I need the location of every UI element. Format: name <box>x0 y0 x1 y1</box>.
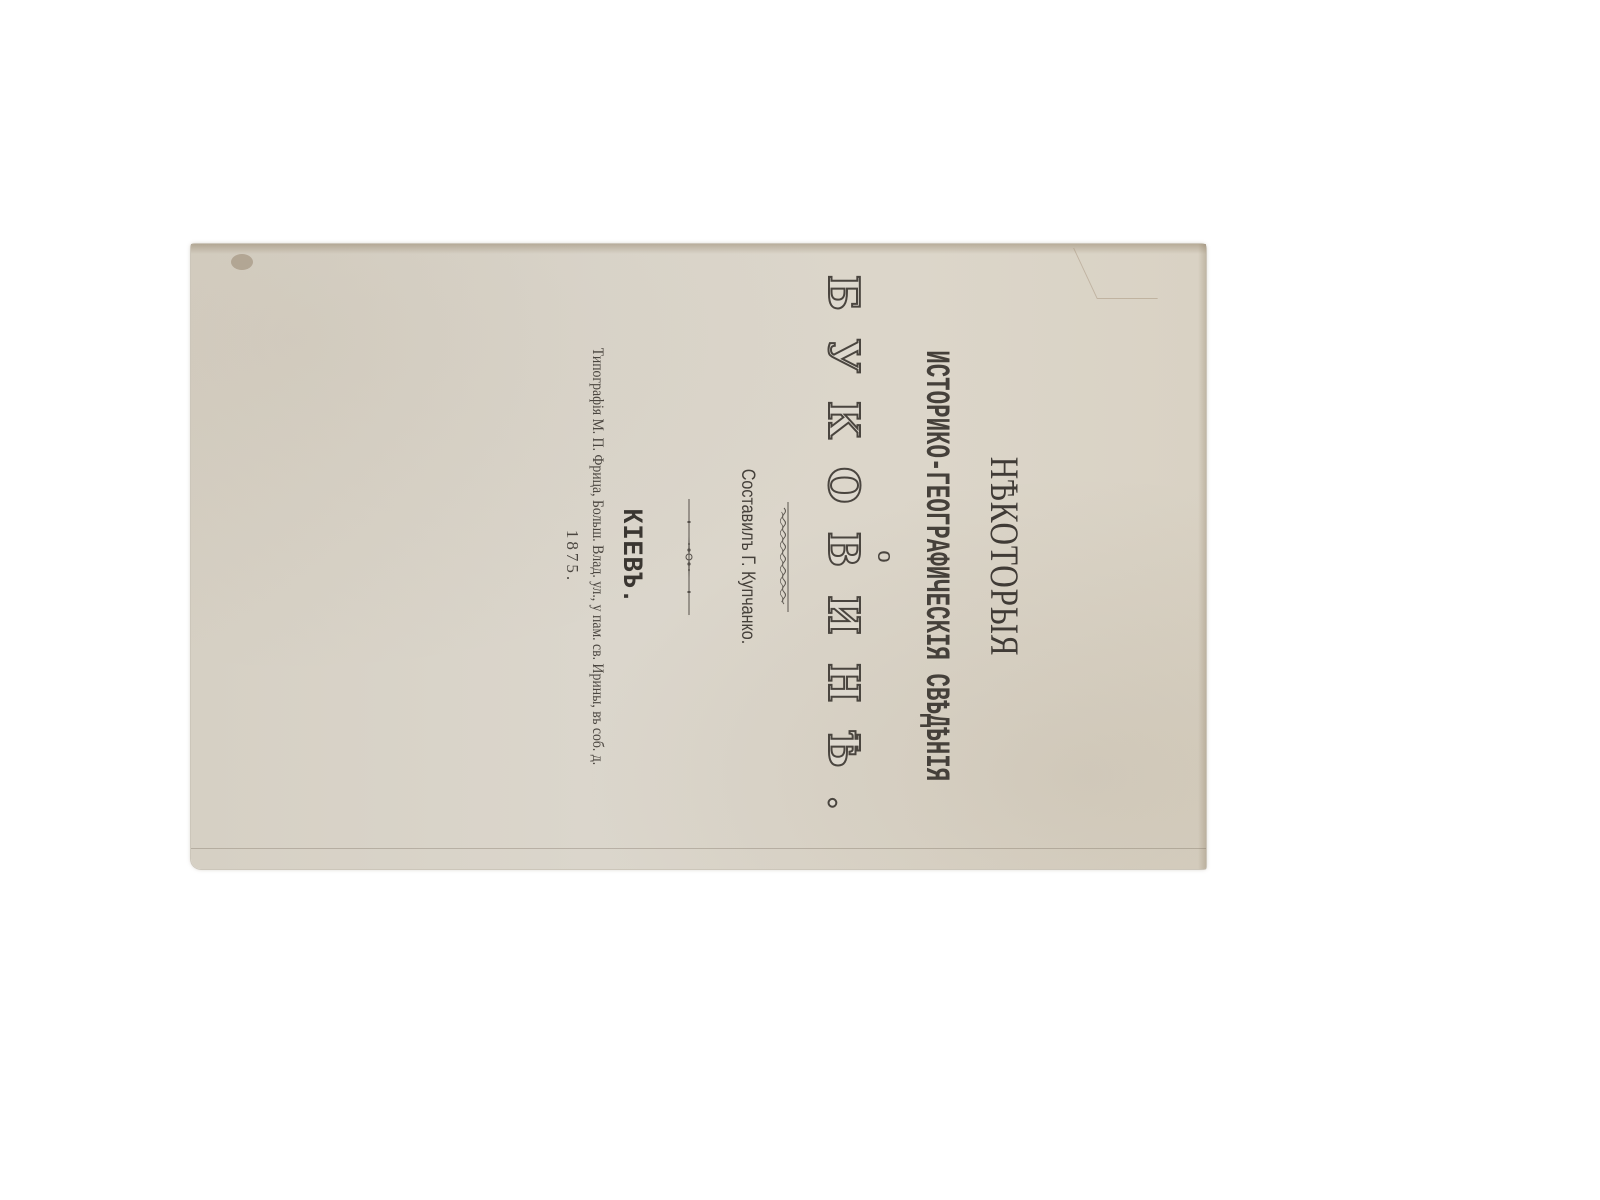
wavy-rule-ornament-icon <box>780 501 790 611</box>
title-page-content: НѢКОТОРЫЯ ИСТОРИКО-ГЕОГРАФИЧЕСКІЯ СВѢДѢН… <box>191 244 1206 869</box>
city-line: КІЕВЪ. <box>615 275 646 838</box>
title-preposition: о <box>872 244 898 869</box>
title-page: НѢКОТОРЫЯ ИСТОРИКО-ГЕОГРАФИЧЕСКІЯ СВѢДѢН… <box>191 244 1206 869</box>
imprint-line: Типографія М. П. Фрица, Больш. Влад. ул.… <box>588 287 606 825</box>
title-line-3: БУКОВИНѢ. <box>819 244 868 869</box>
scan-background: НѢКОТОРЫЯ ИСТОРИКО-ГЕОГРАФИЧЕСКІЯ СВѢДѢН… <box>0 0 1600 1200</box>
title-line-1: НѢКОТОРЫЯ <box>981 312 1028 800</box>
title-line-2: ИСТОРИКО-ГЕОГРАФИЧЕСКІЯ СВѢДѢНІЯ <box>916 350 954 763</box>
year-line: 1875. <box>562 244 582 869</box>
author-line: Составилъ Г. Купчанко. <box>736 290 758 821</box>
floral-rule-ornament-icon <box>684 496 694 616</box>
